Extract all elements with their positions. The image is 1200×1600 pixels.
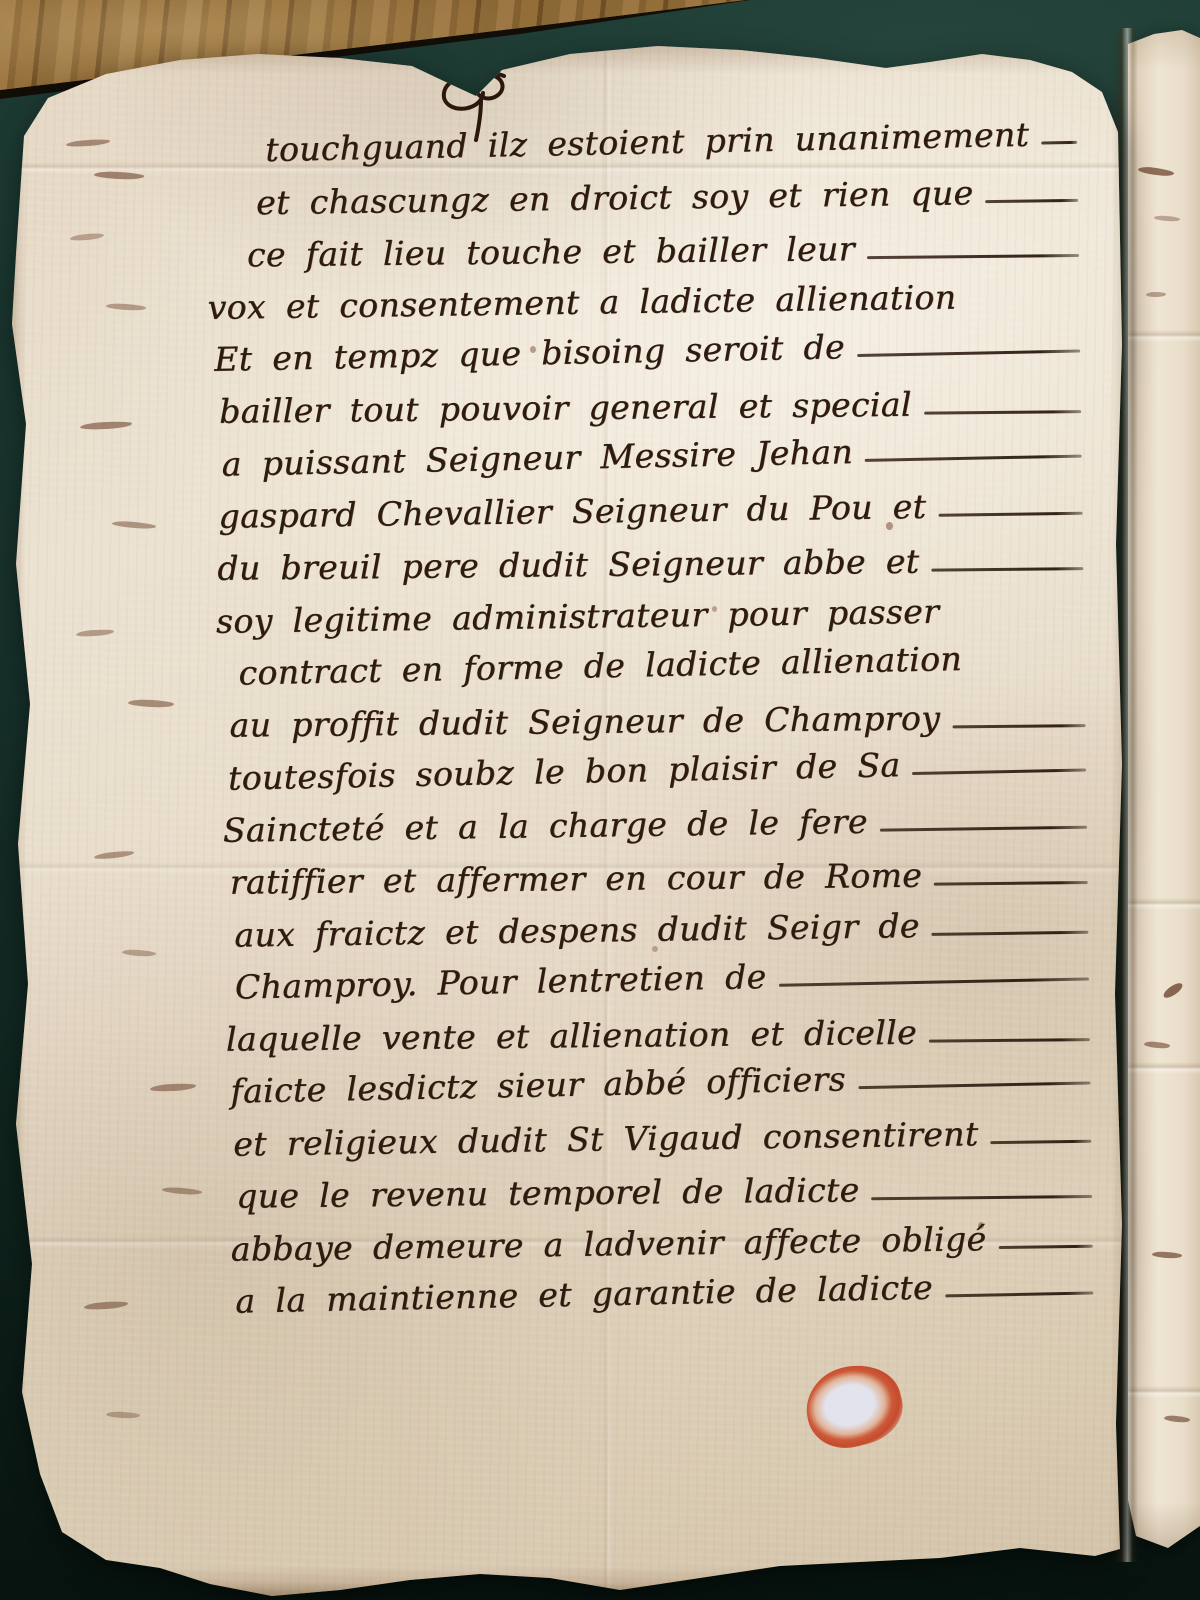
ink-bleed-mark <box>94 171 144 181</box>
handwriting-text: Champroy. Pour lentretien de <box>234 954 766 1011</box>
ink-bleed-mark <box>80 421 132 431</box>
line-filler-stroke <box>924 411 1081 416</box>
ink-bleed-mark <box>1144 1041 1170 1050</box>
line-filler-stroke <box>929 1038 1090 1043</box>
ink-bleed-mark <box>1152 1251 1182 1259</box>
handwriting-text: gaspard Chevallier Seigneur du Pou et <box>218 484 926 540</box>
ink-bleed-mark <box>150 1083 196 1092</box>
text-line: ce fait lieu touche et bailler leur <box>247 218 1079 279</box>
paper-crease <box>1128 1386 1200 1398</box>
line-filler-stroke <box>938 512 1082 517</box>
manuscript-photo: ✕ <box>0 0 1200 1600</box>
text-line: ratiffier et affermer en cour de Rome <box>229 845 1087 906</box>
line-filler-stroke <box>934 881 1088 886</box>
line-filler-stroke <box>945 1291 1093 1297</box>
ink-bleed-mark <box>84 1300 128 1310</box>
red-wax-stain <box>798 1356 911 1457</box>
line-filler-stroke <box>998 1244 1092 1248</box>
ink-bleed-mark <box>128 699 174 708</box>
line-filler-stroke <box>991 1140 1092 1144</box>
handwriting-text: et religieux dudit St Vigaud consentiren… <box>233 1111 979 1167</box>
line-filler-stroke <box>880 826 1087 832</box>
line-filler-stroke <box>858 1082 1090 1090</box>
paper-crease <box>1128 1062 1200 1074</box>
handwriting-text: Saincteté et a la charge de le fere <box>223 799 868 854</box>
handwriting-text: ratiffier et affermer en cour de Rome <box>229 853 922 906</box>
line-filler-stroke <box>986 198 1079 202</box>
line-filler-stroke <box>779 978 1089 987</box>
ink-bleed-mark <box>106 1411 140 1419</box>
handwriting-text: Et en tempz que bisoing seroit de <box>214 325 846 384</box>
handwriting-text: et chascungz en droict soy et rien que <box>256 170 974 226</box>
ink-bleed-mark <box>162 1186 202 1195</box>
line-filler-stroke <box>952 725 1085 729</box>
paper-crease <box>1128 898 1200 910</box>
handwriting-text: a la maintienne et garantie de ladicte <box>235 1265 933 1325</box>
handwriting-text: contract en forme de ladicte allienation <box>238 636 962 697</box>
line-filler-stroke <box>1041 141 1077 145</box>
handwriting-text: que le revenu temporel de ladicte <box>236 1168 860 1220</box>
text-line: que le revenu temporel de ladicte <box>236 1159 1092 1220</box>
ink-bleed-mark <box>106 303 146 312</box>
manuscript-page: touchguand ilz estoient prin unanimement… <box>10 44 1125 1596</box>
paper-crease <box>1128 330 1200 342</box>
text-line: et religieux dudit St Vigaud consentiren… <box>233 1103 1092 1167</box>
line-filler-stroke <box>857 350 1080 357</box>
line-filler-stroke <box>872 1195 1093 1200</box>
ink-bleed-mark <box>1146 292 1166 297</box>
line-filler-stroke <box>912 768 1086 774</box>
facing-page-edge <box>1128 30 1200 1552</box>
handwriting-text: faicte lesdictz sieur abbé officiers <box>230 1057 846 1115</box>
ink-bleed-mark <box>1164 1415 1190 1424</box>
handwriting-text: ce fait lieu touche et bailler leur <box>247 226 855 278</box>
ink-bleed-mark <box>122 949 156 957</box>
handwriting-block: touchguand ilz estoient prin unanimement… <box>205 110 1094 1325</box>
line-filler-stroke <box>865 455 1082 462</box>
ink-bleed-mark <box>1138 166 1175 178</box>
handwriting-text: du breuil pere dudit Seigneur abbe et <box>217 539 919 592</box>
line-filler-stroke <box>932 930 1089 935</box>
ink-bleed-mark <box>70 233 104 242</box>
line-filler-stroke <box>867 254 1079 259</box>
line-filler-stroke <box>931 568 1083 573</box>
ink-bleed-mark <box>1161 981 1185 1000</box>
ink-bleed-mark <box>94 850 134 860</box>
text-line: du breuil pere dudit Seigneur abbe et <box>217 531 1083 592</box>
ink-bleed-mark <box>112 520 156 530</box>
handwriting-text: a puissant Seigneur Messire Jehan <box>221 429 853 488</box>
ink-bleed-mark <box>1154 215 1180 222</box>
text-line: et chascungz en droict soy et rien que <box>256 162 1079 226</box>
ink-bleed-mark <box>76 629 114 638</box>
ink-bleed-mark <box>66 138 110 147</box>
